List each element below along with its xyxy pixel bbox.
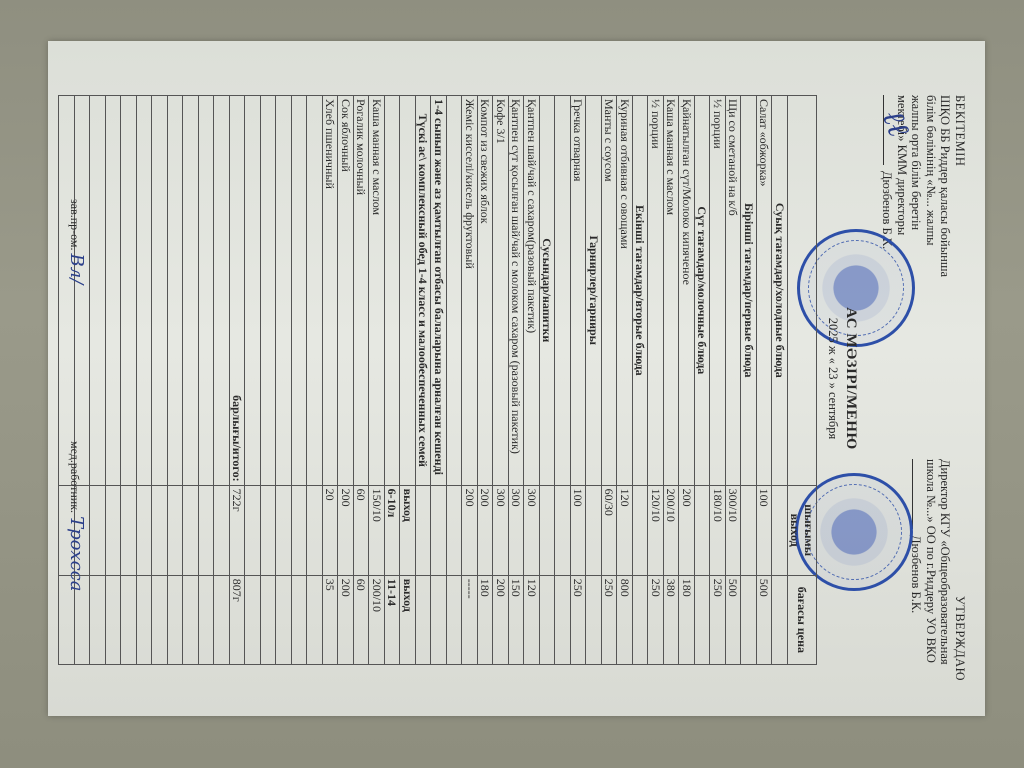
section-row: Сүт тағамдар/молочные блюда xyxy=(694,95,710,664)
column-header-output-b: выход xyxy=(400,575,416,664)
approval-line: білім бөлімінің «№... жалпы xyxy=(923,95,938,345)
total-row: барлығы/итого:722г807г xyxy=(229,95,245,664)
footer-medical-worker: мед.работник. Трохсса xyxy=(66,441,87,591)
table-cell xyxy=(307,575,323,664)
dish-output-b: 200 xyxy=(338,575,354,664)
empty-row xyxy=(245,95,261,664)
dish-name: ½ порции xyxy=(710,95,726,485)
section-row: Бірінші тағамдар/первые блюда xyxy=(741,95,757,664)
page-title: АС МӘЗІРІ/МЕНЮ xyxy=(842,41,859,716)
table-cell xyxy=(183,95,199,485)
dish-name: Қайнатылған сүт/Молоко кипяченое xyxy=(679,95,695,485)
age-group-b: 11-14 xyxy=(384,575,400,664)
table-cell xyxy=(772,575,788,664)
table-cell xyxy=(446,485,462,575)
table-cell xyxy=(694,575,710,664)
dish-output: 300/10 xyxy=(725,485,741,575)
dish-output: 100 xyxy=(570,485,586,575)
dish-row: Куриная отбивная с овощами120800 xyxy=(617,95,633,664)
complex-dish-row: Каша манная с маслом150/10200/10 xyxy=(369,95,385,664)
dish-name: ½ порции xyxy=(648,95,664,485)
table-cell xyxy=(121,95,137,485)
dish-price: 180 xyxy=(477,575,493,664)
column-header-price: бағасы цена xyxy=(787,575,816,664)
menu-table: шығымы выходбағасы ценаСуық тағамдар/хол… xyxy=(58,95,817,665)
dish-row: Қайнатылған сүт/Молоко кипяченое200180 xyxy=(679,95,695,664)
dish-price: 500 xyxy=(725,575,741,664)
menu-date: 2025 ж « 23 » сентября xyxy=(825,41,840,716)
complex-heading-row: Түскі ас\ комплексный обед 1-4 класс и м… xyxy=(415,95,431,664)
complex-heading-ru: Түскі ас\ комплексный обед 1-4 класс и м… xyxy=(415,95,431,485)
section-row: Сусындар/напитки xyxy=(539,95,555,664)
table-cell xyxy=(555,485,571,575)
dish-row: Манты с соусом60/30250 xyxy=(601,95,617,664)
dish-row: Компот из свежих яблок200180 xyxy=(477,95,493,664)
table-cell xyxy=(539,575,555,664)
header-row: шығымы выходбағасы цена xyxy=(787,95,816,664)
dish-price: 500 xyxy=(756,575,772,664)
dish-output-a: 60 xyxy=(353,485,369,575)
dish-name: Каша манная с маслом xyxy=(369,95,385,485)
complex-heading-row: 1-4 сынып және аз қамтылған отбасы балал… xyxy=(431,95,447,664)
dish-output: 120/10 xyxy=(648,485,664,575)
table-cell xyxy=(446,575,462,664)
dish-row: Гречка отварная100250 xyxy=(570,95,586,664)
dish-output: 100 xyxy=(756,485,772,575)
empty-row xyxy=(167,95,183,664)
dish-name: Сок яблочный xyxy=(338,95,354,485)
complex-dish-row: Сок яблочный200200 xyxy=(338,95,354,664)
table-cell xyxy=(167,485,183,575)
dish-name: Салат «обжорка» xyxy=(756,95,772,485)
dish-price: 250 xyxy=(648,575,664,664)
empty-row xyxy=(198,95,214,664)
total-label: барлығы/итого: xyxy=(229,95,245,485)
footer-kitchen-head: зав.пр-ом. Вл/ xyxy=(66,199,87,284)
table-cell xyxy=(260,485,276,575)
table-cell xyxy=(152,575,168,664)
dish-name: Гречка отварная xyxy=(570,95,586,485)
table-cell xyxy=(214,95,230,485)
footer-label: зав.пр-ом. xyxy=(68,199,82,251)
table-cell xyxy=(431,485,447,575)
section-row: Гарнирлер/гарниры xyxy=(586,95,602,664)
table-cell xyxy=(121,575,137,664)
empty-row xyxy=(105,95,121,664)
menu-document: БЕКІТЕМІН ШҚО ББ Риддер қаласы бойынша б… xyxy=(48,41,985,716)
empty-row xyxy=(214,95,230,664)
dish-name: Каша манная с маслом xyxy=(663,95,679,485)
dish-output-b: 35 xyxy=(322,575,338,664)
complex-column-row: выходвыход xyxy=(400,95,416,664)
table-cell xyxy=(276,485,292,575)
dish-name: Рогалик молочный xyxy=(353,95,369,485)
table-cell xyxy=(136,485,152,575)
footer-label: мед.работник. xyxy=(68,441,82,513)
table-cell xyxy=(90,575,106,664)
table-cell xyxy=(632,575,648,664)
table-cell xyxy=(105,575,121,664)
column-header-name xyxy=(787,95,816,485)
dish-name: Қантпен шай/чай с сахаром(разовый пакети… xyxy=(524,95,540,485)
section-heading: Сусындар/напитки xyxy=(539,95,555,485)
age-group-a: 6-10л xyxy=(384,485,400,575)
complex-age-row: 6-10л11-14 xyxy=(384,95,400,664)
dish-output-a: 150/10 xyxy=(369,485,385,575)
dish-name: Жеміс кисселі/кисель фруктовый xyxy=(462,95,478,485)
total-b: 807г xyxy=(229,575,245,664)
table-cell xyxy=(291,485,307,575)
table-cell xyxy=(214,485,230,575)
approval-title: УТВЕРЖДАЮ xyxy=(952,419,967,689)
table-cell xyxy=(772,485,788,575)
table-cell xyxy=(90,95,106,485)
approval-line: школа №...» ОО по г.Риддеру УО ВКО xyxy=(923,419,938,689)
empty-row xyxy=(152,95,168,664)
complex-heading-kz: 1-4 сынып және аз қамтылған отбасы балал… xyxy=(431,95,447,485)
dish-price: 250 xyxy=(601,575,617,664)
dish-output-b: 200/10 xyxy=(369,575,385,664)
dish-output-b: 60 xyxy=(353,575,369,664)
table-cell xyxy=(245,485,261,575)
table-cell xyxy=(152,485,168,575)
table-cell xyxy=(415,485,431,575)
table-cell xyxy=(431,575,447,664)
table-cell xyxy=(198,95,214,485)
dish-output: 60/30 xyxy=(601,485,617,575)
dish-output: 120 xyxy=(617,485,633,575)
section-heading: Суық тағамдар/холодные блюда xyxy=(772,95,788,485)
table-cell xyxy=(105,95,121,485)
empty-row xyxy=(291,95,307,664)
table-cell xyxy=(539,485,555,575)
table-cell xyxy=(586,485,602,575)
dish-price: 800 xyxy=(617,575,633,664)
dish-output: 200 xyxy=(477,485,493,575)
table-cell xyxy=(694,485,710,575)
handwritten-signature: Вл/ xyxy=(66,253,87,284)
dish-price: ----- xyxy=(462,575,478,664)
table-cell xyxy=(446,95,462,485)
empty-row xyxy=(121,95,137,664)
complex-dish-row: Хлеб пшеничный2035 xyxy=(322,95,338,664)
dish-row: Каша манная с маслом200/10380 xyxy=(663,95,679,664)
table-cell xyxy=(121,485,137,575)
table-cell xyxy=(214,575,230,664)
dish-output: 200 xyxy=(462,485,478,575)
table-cell xyxy=(741,485,757,575)
table-cell xyxy=(183,575,199,664)
table-cell xyxy=(245,95,261,485)
table-cell xyxy=(90,485,106,575)
table-cell xyxy=(276,95,292,485)
dish-row: Салат «обжорка»100500 xyxy=(756,95,772,664)
column-header-output: шығымы выход xyxy=(787,485,816,575)
dish-price: 150 xyxy=(508,575,524,664)
dish-output: 200 xyxy=(679,485,695,575)
signature-line xyxy=(912,459,913,529)
dish-output-a: 20 xyxy=(322,485,338,575)
table-cell xyxy=(400,95,416,485)
dish-row: Жеміс кисселі/кисель фруктовый200----- xyxy=(462,95,478,664)
dish-output: 300 xyxy=(524,485,540,575)
dish-price: 200 xyxy=(493,575,509,664)
empty-row xyxy=(446,95,462,664)
dish-row: Қантпен сүт қосылған шай/чай с молоком с… xyxy=(508,95,524,664)
section-heading: Екінші тағамдар/вторые блюда xyxy=(632,95,648,485)
document-header: БЕКІТЕМІН ШҚО ББ Риддер қаласы бойынша б… xyxy=(795,41,985,716)
dish-name: Компот из свежих яблок xyxy=(477,95,493,485)
dish-row: ½ порции180/10250 xyxy=(710,95,726,664)
dish-output: 180/10 xyxy=(710,485,726,575)
total-a: 722г xyxy=(229,485,245,575)
dish-row: ½ порции120/10250 xyxy=(648,95,664,664)
dish-price: 180 xyxy=(679,575,695,664)
table-cell xyxy=(105,485,121,575)
table-cell xyxy=(198,485,214,575)
dish-output: 300 xyxy=(493,485,509,575)
approval-title: БЕКІТЕМІН xyxy=(952,95,967,345)
dish-output: 200/10 xyxy=(663,485,679,575)
handwritten-signature: Трохсса xyxy=(66,516,87,591)
section-heading: Сүт тағамдар/молочные блюда xyxy=(694,95,710,485)
table-cell xyxy=(198,575,214,664)
dish-price: 380 xyxy=(663,575,679,664)
table-cell xyxy=(384,95,400,485)
table-cell xyxy=(415,575,431,664)
table-cell xyxy=(167,95,183,485)
section-row: Суық тағамдар/холодные блюда xyxy=(772,95,788,664)
table-cell xyxy=(167,575,183,664)
section-heading: Гарнирлер/гарниры xyxy=(586,95,602,485)
approval-line: Директор КГУ «Общеобразовательная xyxy=(938,419,953,689)
table-cell xyxy=(632,485,648,575)
approval-line: ШҚО ББ Риддер қаласы бойынша xyxy=(938,95,953,345)
table-cell xyxy=(555,95,571,485)
table-cell xyxy=(260,575,276,664)
dish-price: 250 xyxy=(570,575,586,664)
dish-name: Хлеб пшеничный xyxy=(322,95,338,485)
section-heading: Бірінші тағамдар/первые блюда xyxy=(741,95,757,485)
dish-name: Щи со сметаной на к/б xyxy=(725,95,741,485)
table-cell xyxy=(152,95,168,485)
dish-name: Қантпен сүт қосылған шай/чай с молоком с… xyxy=(508,95,524,485)
complex-dish-row: Рогалик молочный6060 xyxy=(353,95,369,664)
empty-row xyxy=(276,95,292,664)
table-cell xyxy=(586,575,602,664)
column-header-output-a: выход xyxy=(400,485,416,575)
empty-row xyxy=(555,95,571,664)
table-cell xyxy=(291,575,307,664)
table-cell xyxy=(59,95,75,485)
empty-row xyxy=(183,95,199,664)
dish-price: 250 xyxy=(710,575,726,664)
dish-output-a: 200 xyxy=(338,485,354,575)
approval-block-ru: УТВЕРЖДАЮ Директор КГУ «Общеобразователь… xyxy=(909,419,967,689)
dish-row: Щи со сметаной на к/б300/10500 xyxy=(725,95,741,664)
table-cell xyxy=(136,95,152,485)
dish-price: 120 xyxy=(524,575,540,664)
table-cell xyxy=(307,485,323,575)
table-cell xyxy=(291,95,307,485)
dish-name: Кофе 3/1 xyxy=(493,95,509,485)
table-cell xyxy=(74,95,90,485)
table-cell xyxy=(136,575,152,664)
empty-row xyxy=(90,95,106,664)
empty-row xyxy=(260,95,276,664)
table-cell xyxy=(260,95,276,485)
table-cell xyxy=(245,575,261,664)
empty-row xyxy=(307,95,323,664)
table-cell xyxy=(741,575,757,664)
table-cell xyxy=(276,575,292,664)
table-cell xyxy=(183,485,199,575)
dish-name: Куриная отбивная с овощами xyxy=(617,95,633,485)
empty-row xyxy=(136,95,152,664)
dish-row: Қантпен шай/чай с сахаром(разовый пакети… xyxy=(524,95,540,664)
section-row: Екінші тағамдар/вторые блюда xyxy=(632,95,648,664)
dish-row: Кофе 3/1300200 xyxy=(493,95,509,664)
dish-output: 300 xyxy=(508,485,524,575)
dish-name: Манты с соусом xyxy=(601,95,617,485)
table-cell xyxy=(307,95,323,485)
table-cell xyxy=(555,575,571,664)
